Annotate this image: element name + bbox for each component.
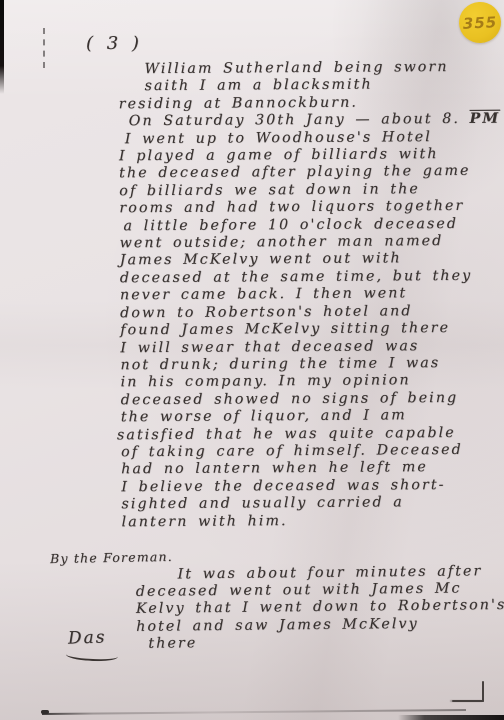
- handwritten-line: deceased at the same time, but they: [120, 268, 492, 288]
- handwritten-line: I believe the deceased was short-: [121, 476, 493, 496]
- photo-bottom-edge: [398, 715, 504, 720]
- margin-note: Das: [68, 627, 107, 648]
- corner-bracket-horizontal: [452, 700, 484, 702]
- foreman-heading: By the Foreman.: [50, 549, 173, 566]
- handwritten-line: deceased showed no signs of being: [121, 389, 493, 409]
- margin-tick-mark: [43, 28, 45, 68]
- handwritten-line: there: [148, 632, 496, 653]
- handwritten-line: On Saturday 30th Jany — about 8. PM: [129, 111, 491, 131]
- handwritten-line: lantern with him.: [122, 511, 494, 531]
- corner-bracket-vertical: [482, 681, 484, 702]
- archive-number: 355: [462, 13, 497, 33]
- handwritten-line: the deceased after playing the game: [119, 163, 491, 183]
- handwritten-line: found James McKelvy sitting there: [120, 320, 492, 340]
- margin-note-flourish: [66, 649, 119, 663]
- handwritten-line: went outside; another man named: [120, 233, 492, 253]
- overlined-text: PM: [470, 111, 501, 127]
- photo-edge-shadow: [0, 0, 4, 94]
- archive-number-sticker: 355: [458, 1, 502, 44]
- page-number: ( 3 ): [86, 33, 143, 54]
- handwritten-line: not drunk; during the time I was: [120, 355, 492, 375]
- foreman-answer-text: It was about four minutes afterdeceased …: [136, 563, 497, 653]
- document-photo: 355 ( 3 ) William Sutherland being sworn…: [0, 0, 504, 720]
- pencil-mark: [41, 710, 49, 714]
- handwritten-line: of taking care of himself. Deceased: [121, 442, 493, 462]
- handwritten-line: William Sutherland being sworn: [144, 59, 490, 79]
- deposition-text: William Sutherland being swornsaith I am…: [118, 59, 493, 532]
